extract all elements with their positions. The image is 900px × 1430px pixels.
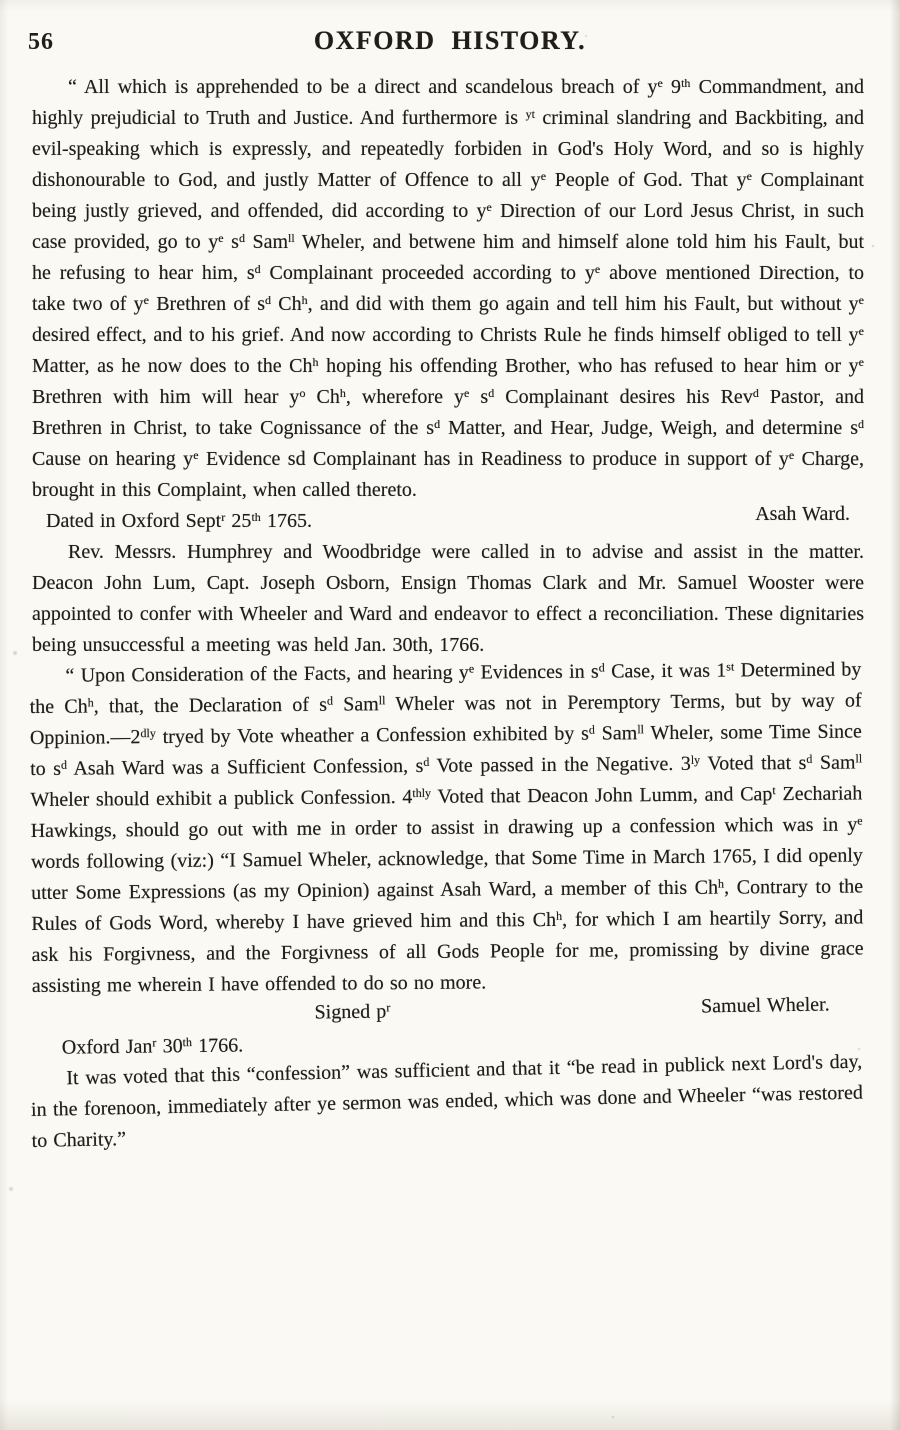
text-run: Matter, and Hear, Judge, Weigh, and dete…	[440, 417, 858, 439]
superscript: th	[182, 1035, 192, 1049]
superscript: d	[434, 417, 440, 431]
advisors-para: Rev. Messrs. Humphrey and Woodbridge wer…	[32, 537, 864, 661]
text-run: Rev. Messrs. Humphrey and Woodbridge wer…	[32, 541, 864, 656]
superscript: d	[239, 231, 245, 245]
superscript: dly	[140, 726, 155, 740]
superscript: e	[595, 262, 600, 276]
superscript: th	[251, 510, 260, 524]
superscript: o	[299, 386, 305, 400]
superscript: h	[88, 696, 94, 710]
text-run: Dated in Oxford Sept	[46, 510, 221, 532]
superscript: e	[144, 293, 149, 307]
text-run: Cause on hearing y	[32, 448, 193, 470]
text-run: hoping his offending Brother, who has re…	[319, 355, 859, 377]
superscript: thly	[412, 786, 431, 800]
text-run: Sam	[812, 752, 855, 774]
text-run: Matter, as he now does to the Ch	[32, 355, 313, 377]
superscript: e	[857, 813, 862, 827]
superscript: h	[340, 386, 346, 400]
superscript: ll	[288, 231, 295, 245]
superscript: th	[681, 76, 690, 90]
superscript: h	[313, 355, 319, 369]
superscript: e	[747, 169, 752, 183]
text-run: , and did with them go again and tell hi…	[308, 293, 859, 315]
text-run: Ch	[305, 386, 339, 408]
text-run: Complainant proceeded according to y	[261, 262, 595, 284]
superscript: d	[753, 386, 759, 400]
superscript: ll	[855, 751, 862, 765]
superscript: d	[599, 660, 605, 674]
superscript: e	[464, 386, 469, 400]
resolution-para: “ Upon Consideration of the Facts, and h…	[29, 654, 864, 1002]
text-run: Brethren of s	[149, 293, 265, 315]
text-run: Brethren with him will hear y	[32, 386, 299, 408]
text-run: , wherefore y	[346, 386, 464, 408]
text-run: Voted that Deacon John Lumm, and Cap	[431, 783, 772, 808]
superscript: r	[386, 1000, 390, 1014]
superscript: e	[789, 448, 794, 462]
scanned-book-page: { "header": { "page_number": "56", "titl…	[0, 0, 900, 1430]
text-run: “ All which is apprehended to be a direc…	[68, 76, 658, 98]
superscript: d	[806, 752, 812, 766]
superscript: e	[859, 324, 864, 338]
superscript: yt	[526, 107, 535, 121]
superscript: d	[61, 758, 67, 772]
text-run: 25	[225, 510, 251, 532]
superscript: r	[152, 1035, 156, 1049]
text-run: s	[224, 231, 239, 253]
text-run: People of God. That y	[546, 169, 747, 191]
text-run: 1766.	[192, 1034, 243, 1057]
page-body: “ All which is apprehended to be a direc…	[32, 72, 864, 1157]
superscript: d	[858, 417, 864, 431]
closing-para: It was voted that this “confession” was …	[30, 1047, 864, 1157]
text-run: Signed p	[314, 1000, 386, 1023]
text-run: Vote passed in the Negative. 3	[429, 753, 691, 777]
scan-specks	[0, 0, 2, 2]
superscript: d	[589, 723, 595, 737]
text-run: Ch	[271, 293, 302, 315]
text-run: desired effect, and to his grief. And no…	[32, 324, 859, 346]
superscript: h	[718, 877, 724, 891]
page-title: OXFORD HISTORY.	[0, 26, 900, 56]
text-run: , that, the Declaration of s	[94, 694, 327, 718]
superscript: ll	[379, 693, 386, 707]
text-run: 30	[156, 1035, 182, 1057]
text-run: Wheler should exhibit a publick Confessi…	[30, 786, 412, 811]
dateline-left: Dated in Oxford Septr 25th 1765.	[32, 506, 312, 537]
dateline-right: Asah Ward.	[755, 499, 850, 530]
superscript: h	[302, 293, 308, 307]
superscript: d	[327, 694, 333, 708]
text-run: Complainant desires his Rev	[494, 386, 753, 408]
text-run: Evidences in s	[474, 661, 599, 684]
signature-line-right: Samuel Wheler.	[701, 989, 830, 1022]
superscript: e	[193, 448, 198, 462]
superscript: ly	[691, 753, 700, 767]
superscript: e	[859, 355, 864, 369]
page-number: 56	[28, 29, 54, 56]
complaint-para: “ All which is apprehended to be a direc…	[32, 72, 864, 506]
text-run: “ Upon Consideration of the Facts, and h…	[65, 662, 469, 687]
superscript: h	[556, 909, 562, 923]
superscript: e	[487, 200, 492, 214]
superscript: d	[265, 293, 271, 307]
superscript: d	[255, 262, 261, 276]
page-header: 56 OXFORD HISTORY.	[0, 26, 900, 66]
text-run: 9	[663, 76, 681, 98]
superscript: e	[218, 231, 223, 245]
superscript: e	[541, 169, 546, 183]
text-run: Voted that s	[700, 752, 806, 775]
text-run: It was voted that this “confession” was …	[31, 1051, 863, 1152]
superscript: t	[772, 783, 775, 797]
superscript: st	[726, 659, 734, 673]
text-run: Sam	[245, 231, 288, 253]
superscript: ll	[637, 722, 644, 736]
text-run: Oxford Jan	[62, 1036, 153, 1059]
superscript: d	[488, 386, 494, 400]
text-run: 1765.	[261, 510, 312, 532]
text-run: Asah Ward.	[755, 503, 850, 525]
text-run: s	[469, 386, 488, 408]
superscript: e	[658, 76, 663, 90]
text-run: Asah Ward was a Sufficient Confession, s	[67, 755, 423, 780]
superscript: e	[469, 662, 474, 676]
text-run: Sam	[333, 693, 379, 715]
dateline: Dated in Oxford Septr 25th 1765.Asah War…	[32, 506, 864, 537]
text-run: Evidence sd Complainant has in Readiness…	[199, 448, 789, 470]
superscript: e	[859, 293, 864, 307]
text-run: Samuel Wheler.	[701, 993, 830, 1017]
text-run: Case, it was 1	[605, 660, 727, 683]
text-run: tryed by Vote wheather a Confession exhi…	[156, 723, 589, 748]
text-run: Sam	[595, 722, 638, 744]
superscript: d	[423, 755, 429, 769]
signature-line-left: Signed pr	[314, 996, 390, 1028]
superscript: r	[221, 510, 225, 524]
